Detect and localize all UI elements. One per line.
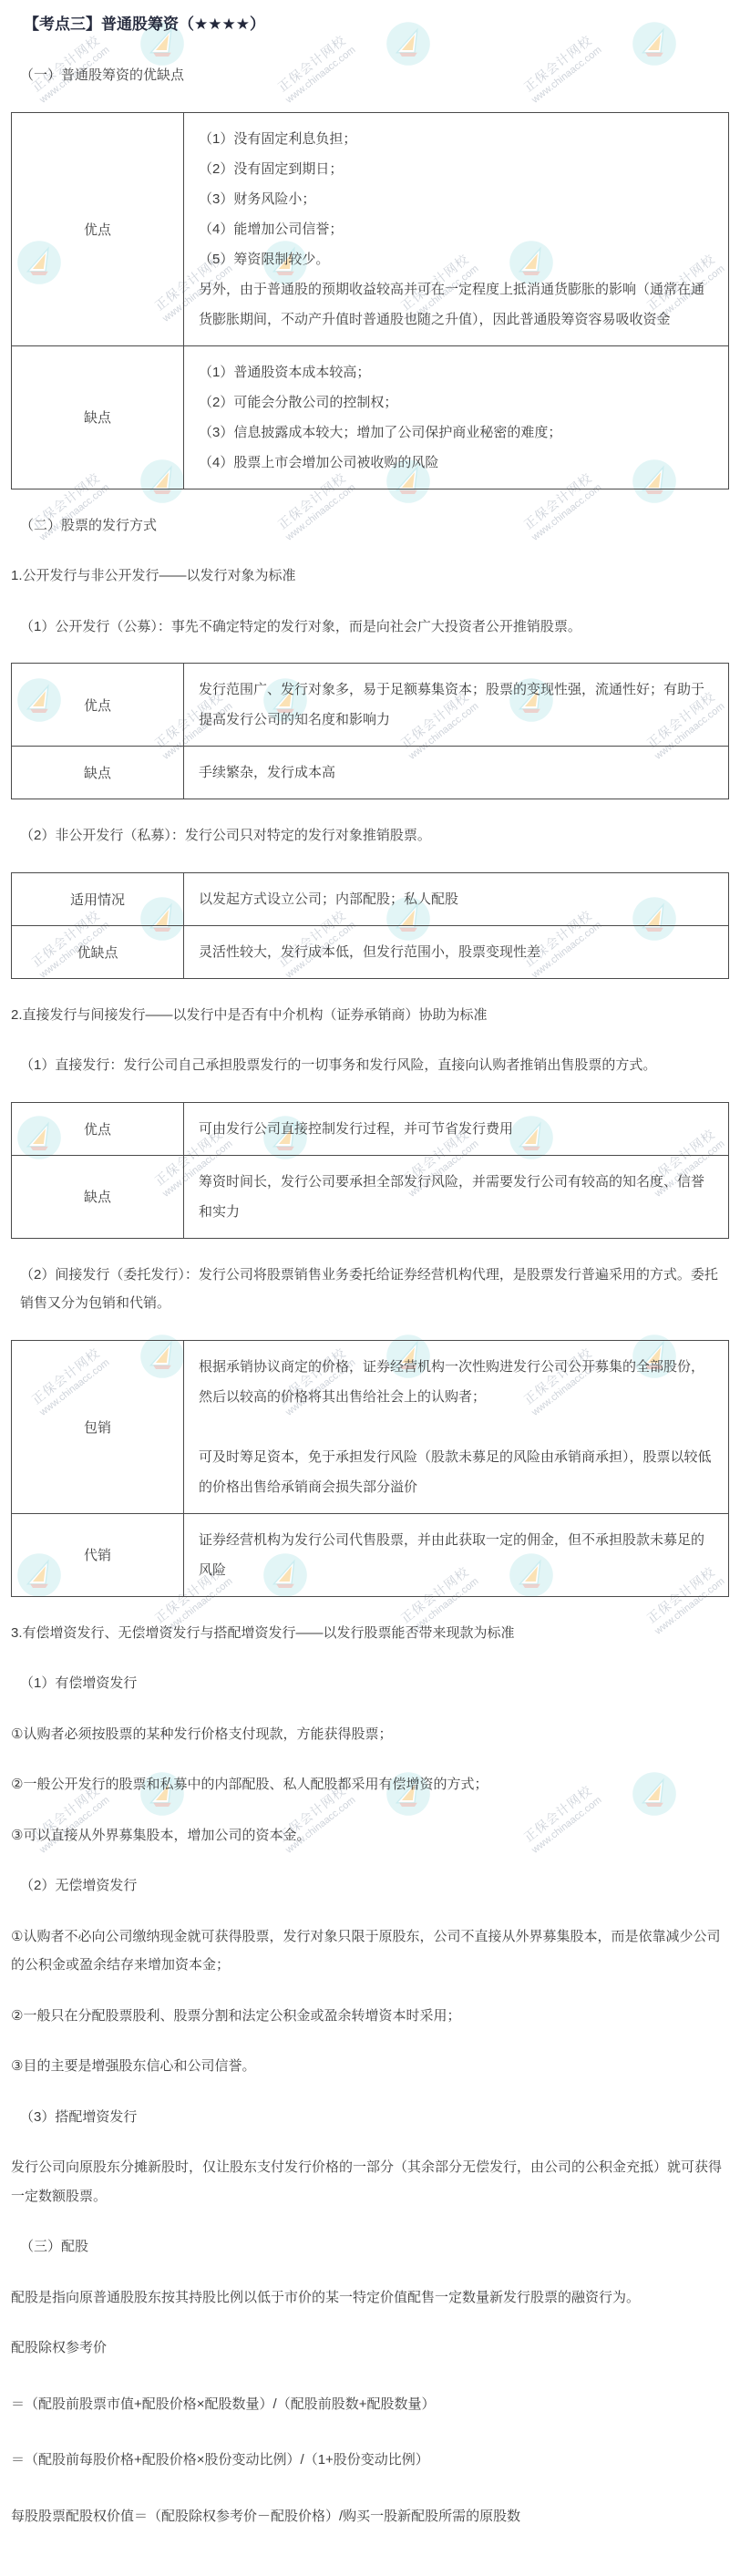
table-row: 代销 证券经营机构为发行公司代售股票，并由此获取一定的佣金，但不承担股款未募足的… [12,1513,729,1596]
document-content: 【考点三】普通股筹资（★★★★） （一）普通股筹资的优缺点 优点 （1）没有固定… [11,11,729,2530]
row-label: 优点 [12,1102,184,1155]
formula-title: 配股除权参考价 [11,2334,729,2363]
paid-issue-heading: （1）有偿增资发行 [11,1669,729,1698]
row-label: 优点 [12,112,184,345]
table-row: 优点 （1）没有固定利息负担； （2）没有固定到期日； （3）财务风险小； （4… [12,112,729,345]
section1-heading: （一）普通股筹资的优缺点 [11,61,729,90]
public-offering-intro: （1）公开发行（公募）：事先不确定特定的发行对象，而是向社会广大投资者公开推销股… [11,613,729,642]
table-row: 缺点 筹资时间长，发行公司要承担全部发行风险，并需要发行公司有较高的知名度、信誉… [12,1155,729,1238]
mixed-issue-heading: （3）搭配增资发行 [11,2103,729,2132]
direct-issue-intro: （1）直接发行：发行公司自己承担股票发行的一切事务和发行风险，直接向认购者推销出… [11,1051,729,1080]
page-title: 【考点三】普通股筹资（★★★★） [24,11,729,34]
row-label: 优点 [12,664,184,747]
table-row: 缺点 手续繁杂，发行成本高 [12,747,729,799]
row-label: 缺点 [12,747,184,799]
row-content: （1）普通股资本成本较高； （2）可能会分散公司的控制权； （3）信息披露成本较… [184,345,729,489]
table-row: 包销 根据承销协议商定的价格，证券经营机构一次性购进发行公司公开募集的全部股份，… [12,1340,729,1513]
table-row: 适用情况 以发起方式设立公司；内部配股；私人配股 [12,872,729,925]
free-point: ②一般只在分配股票股利、股票分割和法定公积金或盈余转增资本时采用； [11,2002,729,2031]
rights-price-formula: ＝（配股前每股价格+配股价格×股份变动比例）/（1+股份变动比例） [11,2446,729,2475]
row-label: 包销 [12,1340,184,1513]
row-content: 发行范围广、发行对象多，易于足额募集资本；股票的变现性强，流通性好；有助于提高发… [184,664,729,747]
indirect-issue-intro: （2）间接发行（委托发行）：发行公司将股票销售业务委托给证券经营机构代理，是股票… [11,1261,729,1318]
part1-heading: 1.公开发行与非公开发行——以发行对象为标准 [11,562,729,591]
rights-value-formula: 每股股票配股权价值＝（配股除权参考价－配股价格）/购买一股新配股所需的原股数 [11,2502,729,2531]
rights-price-formula: ＝（配股前股票市值+配股价格×配股数量）/（配股前股数+配股数量） [11,2390,729,2419]
rights-issue-definition: 配股是指向原普通股股东按其持股比例以低于市价的某一特定价值配售一定数量新发行股票… [11,2283,729,2313]
row-content: 手续繁杂，发行成本高 [184,747,729,799]
row-content: 根据承销协议商定的价格，证券经营机构一次性购进发行公司公开募集的全部股份，然后以… [184,1340,729,1513]
row-label: 代销 [12,1513,184,1596]
row-label: 优缺点 [12,925,184,978]
row-label: 适用情况 [12,872,184,925]
row-label: 缺点 [12,345,184,489]
row-content: 证券经营机构为发行公司代售股票，并由此获取一定的佣金，但不承担股款未募足的风险 [184,1513,729,1596]
free-issue-heading: （2）无偿增资发行 [11,1871,729,1901]
row-content: 筹资时间长，发行公司要承担全部发行风险，并需要发行公司有较高的知名度、信誉和实力 [184,1155,729,1238]
paid-point: ①认购者必须按股票的某种发行价格支付现款，方能获得股票； [11,1720,729,1749]
pros-cons-table: 优点 （1）没有固定利息负担； （2）没有固定到期日； （3）财务风险小； （4… [11,112,729,489]
part2-heading: 2.直接发行与间接发行——以发行中是否有中介机构（证券承销商）协助为标准 [11,1001,729,1030]
table-row: 优点 发行范围广、发行对象多，易于足额募集资本；股票的变现性强，流通性好；有助于… [12,664,729,747]
free-point: ①认购者不必向公司缴纳现金就可获得股票，发行对象只限于原股东，公司不直接从外界募… [11,1922,729,1980]
table-row: 优缺点 灵活性较大，发行成本低，但发行范围小，股票变现性差 [12,925,729,978]
row-content: （1）没有固定利息负担； （2）没有固定到期日； （3）财务风险小； （4）能增… [184,112,729,345]
row-content: 以发起方式设立公司；内部配股；私人配股 [184,872,729,925]
part3-heading: 3.有偿增资发行、无偿增资发行与搭配增资发行——以发行股票能否带来现款为标准 [11,1619,729,1648]
paid-point: ②一般公开发行的股票和私募中的内部配股、私人配股都采用有偿增资的方式； [11,1770,729,1799]
section2-heading: （二）股票的发行方式 [11,511,729,541]
row-content: 灵活性较大，发行成本低，但发行范围小，股票变现性差 [184,925,729,978]
direct-issue-table: 优点 可由发行公司直接控制发行过程，并可节省发行费用 缺点 筹资时间长，发行公司… [11,1102,729,1239]
private-offering-intro: （2）非公开发行（私募）：发行公司只对特定的发行对象推销股票。 [11,821,729,850]
section3-heading: （三）配股 [11,2232,729,2262]
table-row: 缺点 （1）普通股资本成本较高； （2）可能会分散公司的控制权； （3）信息披露… [12,345,729,489]
underwriting-table: 包销 根据承销协议商定的价格，证券经营机构一次性购进发行公司公开募集的全部股份，… [11,1340,729,1597]
paid-point: ③可以直接从外界募集股本，增加公司的资本金。 [11,1821,729,1850]
private-offering-table: 适用情况 以发起方式设立公司；内部配股；私人配股 优缺点 灵活性较大，发行成本低… [11,872,729,979]
row-label: 缺点 [12,1155,184,1238]
row-content: 可由发行公司直接控制发行过程，并可节省发行费用 [184,1102,729,1155]
document-page: 正保会计网校www.chinaacc.com正保会计网校www.chinaacc… [0,0,740,2576]
public-offering-table: 优点 发行范围广、发行对象多，易于足额募集资本；股票的变现性强，流通性好；有助于… [11,663,729,799]
table-row: 优点 可由发行公司直接控制发行过程，并可节省发行费用 [12,1102,729,1155]
mixed-issue-body: 发行公司向原股东分摊新股时，仅让股东支付发行价格的一部分（其余部分无偿发行，由公… [11,2153,729,2210]
free-point: ③目的主要是增强股东信心和公司信誉。 [11,2052,729,2081]
